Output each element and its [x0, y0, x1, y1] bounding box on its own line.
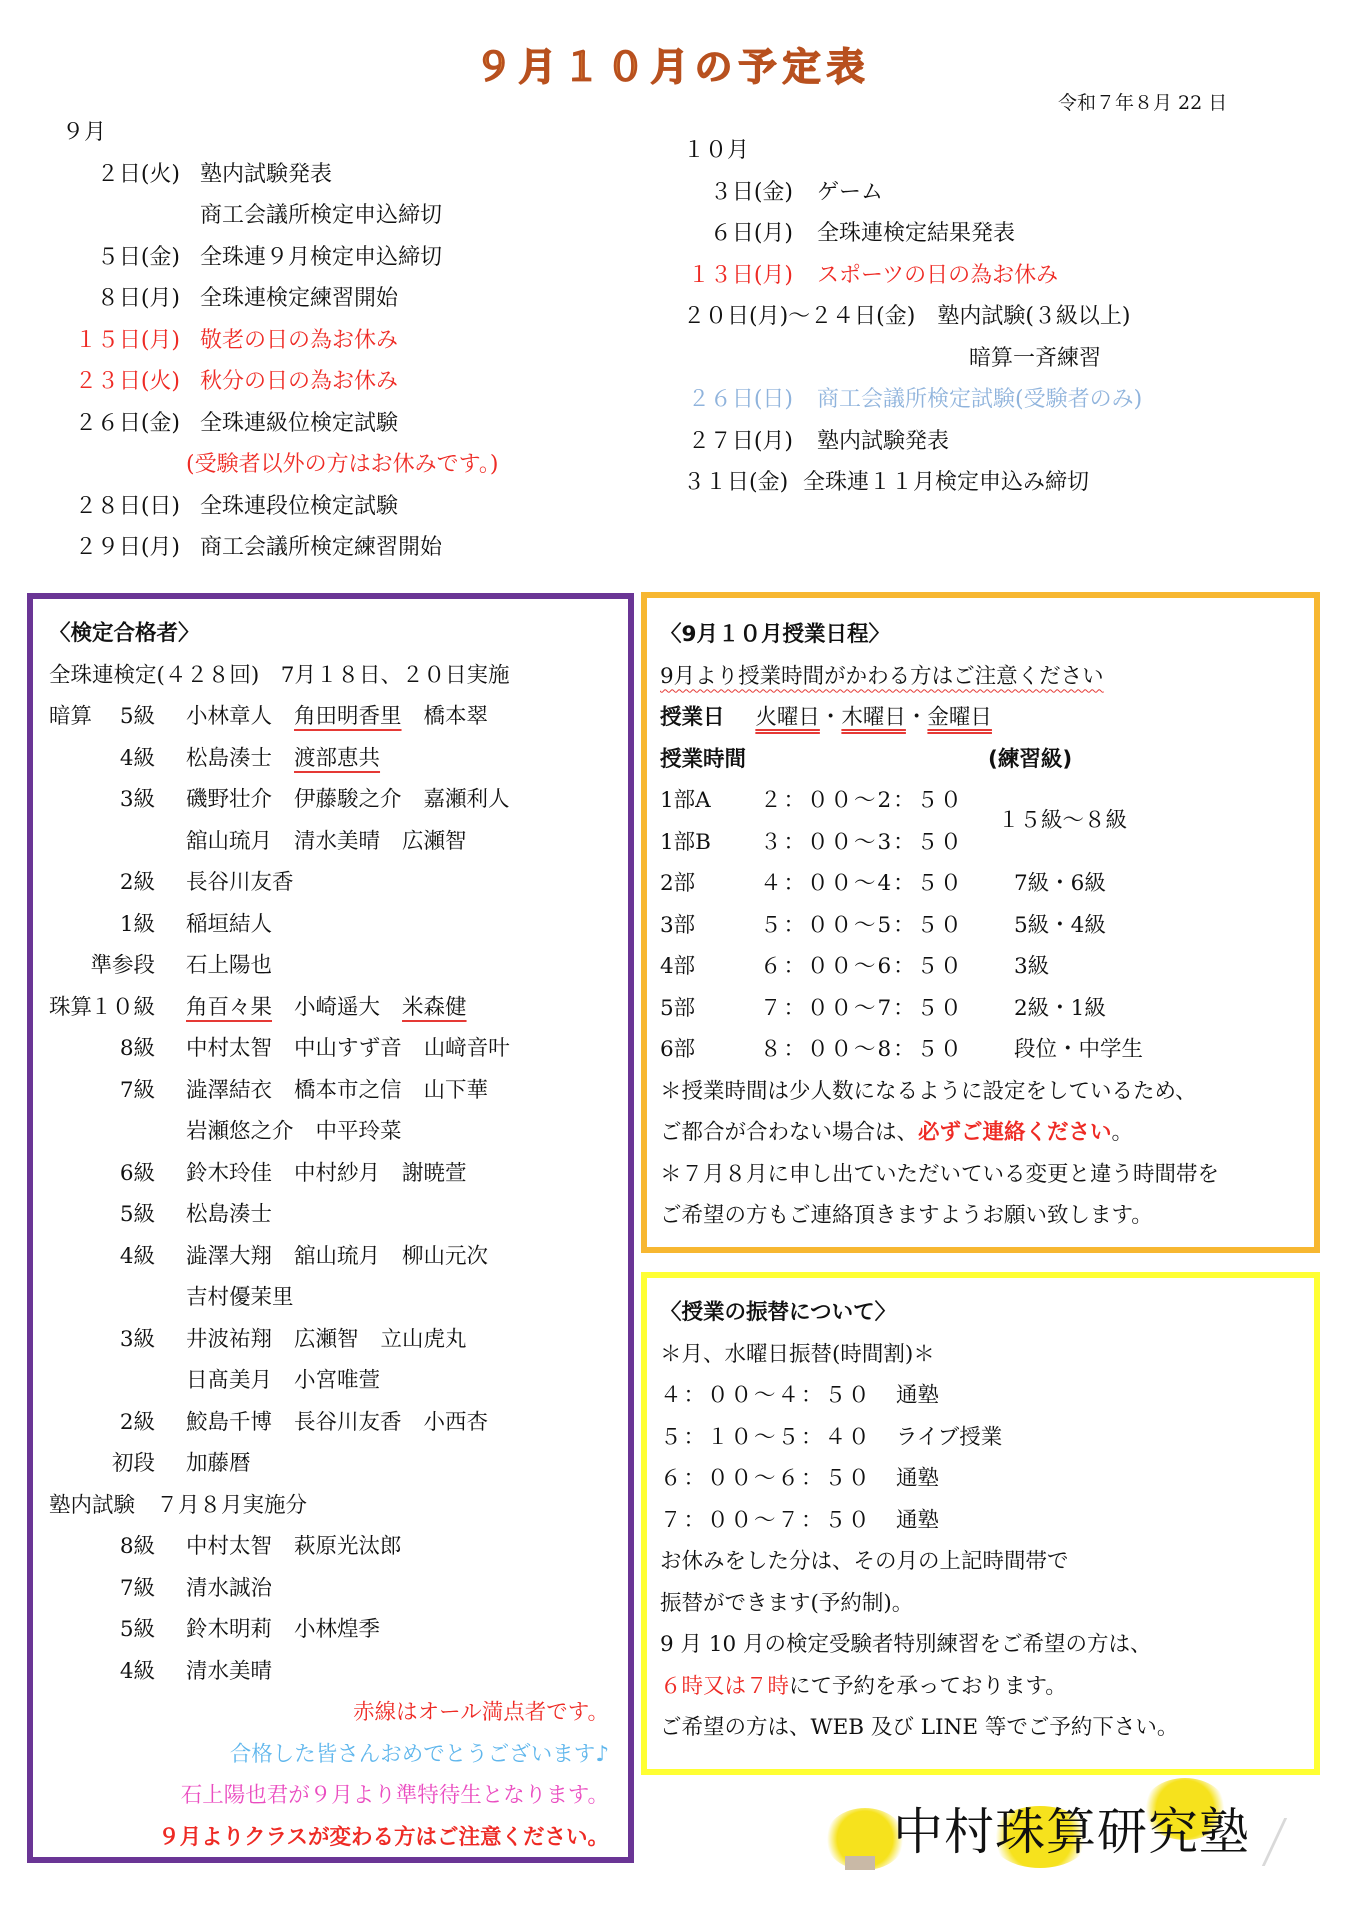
event-text: 全珠連１１月検定申込み締切 [803, 470, 1089, 495]
event-row: ２８日(日)全珠連段位検定試験 [62, 486, 498, 528]
event-text: 塾内試験発表 [817, 429, 949, 454]
student-name: 石上陽也 [186, 945, 272, 987]
note-2-suffix: 。 [1112, 1120, 1134, 1145]
name-list: 加藤暦 [186, 1443, 273, 1485]
grade-row: 暗算5級小林章人角田明香里橋本翠 [49, 696, 609, 738]
grade-label: 5級 [49, 1609, 155, 1651]
passers-box: 〈検定合格者〉 全珠連検定(４２８回) 7月１８日、２０日実施 暗算5級小林章人… [27, 593, 634, 1863]
student-name: 松島湊士 [186, 1194, 272, 1236]
event-text: (受験者以外の方はお休みです。) [186, 452, 498, 477]
grade-row: 4級松島湊士渡部恵共 [49, 738, 609, 780]
grade-row: 7級澁澤結衣橋本市之信山下華 [49, 1070, 609, 1112]
makeup-text-2: 振替ができます(予約制)。 [660, 1583, 1178, 1625]
student-name: 角百々果 [186, 987, 272, 1029]
makeup-text-3: 9 月 10 月の検定受験者特別練習をご希望の方は、 [660, 1624, 1178, 1666]
grade-row: 5級鈴木明莉小林煌季 [49, 1609, 609, 1651]
session-row: 4部６：００～6：５０3級 [660, 946, 1219, 988]
grade-row: 8級中村太智萩原光汰郎 [49, 1526, 609, 1568]
student-name: 中平玲菜 [316, 1111, 402, 1153]
class-days-row: 授業日 火曜日・木曜日・金曜日 [660, 697, 1219, 739]
grade-label: 初段 [49, 1443, 155, 1485]
student-name: 日髙美月 [186, 1360, 272, 1402]
session-part: 6部 [660, 1029, 760, 1071]
note-2-emphasis: 必ずご連絡ください [918, 1120, 1112, 1145]
makeup-text-4: ６時又は７時にて予約を承っております。 [660, 1666, 1178, 1708]
student-name: 角田明香里 [294, 696, 402, 738]
event-text: 全珠連段位検定試験 [200, 494, 398, 519]
event-text: 全珠連検定練習開始 [200, 286, 398, 311]
student-name: 伊藤駿之介 [294, 779, 402, 821]
event-date: ２８日(日) [62, 486, 200, 528]
name-list: 清水美晴 [186, 1651, 294, 1693]
class-time-label: 授業時間 [660, 747, 746, 772]
session-row: 6部８：００～8：５０段位・中学生 [660, 1029, 1219, 1071]
passers-heading: 〈検定合格者〉 [49, 613, 609, 655]
session-level: 2級・1級 [1014, 988, 1106, 1030]
student-name: 山下華 [424, 1070, 489, 1112]
event-date: ２９日(月) [62, 527, 200, 569]
grade-row: 1級稲垣結人 [49, 904, 609, 946]
session-row: 2部４：００～4：５０7級・6級 [660, 863, 1219, 905]
event-text: 敬老の日の為お休み [200, 328, 398, 353]
grade-row: 5級松島湊士 [49, 1194, 609, 1236]
slot-time: ７：００～７：５０ [660, 1500, 896, 1542]
session-row: 5部７：００～7：５０2級・1級 [660, 988, 1219, 1030]
october-heading: １０月 [683, 130, 1142, 172]
name-list: 澁澤結衣橋本市之信山下華 [186, 1070, 510, 1112]
name-list: 小林章人角田明香里橋本翠 [186, 696, 510, 738]
student-name: 舘山琉月 [294, 1236, 380, 1278]
student-name: 磯野壮介 [186, 779, 272, 821]
september-heading: ９月 [62, 112, 498, 154]
session-level: 段位・中学生 [1014, 1029, 1143, 1071]
name-list: 角百々果小崎遥大米森健 [186, 987, 489, 1029]
september-event-list: ２日(火)塾内試験発表商工会議所検定申込締切５日(金)全珠連９月検定申込締切８日… [62, 154, 498, 569]
grade-label: 5級 [49, 1194, 155, 1236]
student-name: 小林煌季 [294, 1609, 380, 1651]
student-name: 舘山琉月 [186, 821, 272, 863]
event-row: ２日(火)塾内試験発表 [62, 154, 498, 196]
session-level: 7級・6級 [1014, 863, 1106, 905]
class-schedule-box: 〈9月１０月授業日程〉 9月より授業時間がかわる方はご注意ください 授業日 火曜… [641, 592, 1320, 1253]
event-date: ２日(火) [62, 154, 200, 196]
session-part: 5部 [660, 988, 760, 1030]
slot-type: 通塾 [896, 1508, 939, 1533]
student-name: 中山すず音 [294, 1028, 402, 1070]
event-text: 商工会議所検定試験(受験者のみ) [817, 387, 1142, 412]
grade-label: 8級 [49, 1028, 155, 1070]
session-part: 1部A [660, 780, 760, 822]
student-name: 小崎遥大 [294, 987, 380, 1029]
practice-level-label: (練習級) [988, 739, 1072, 781]
event-row: 商工会議所検定申込締切 [62, 195, 498, 237]
grade-label: 5級 [49, 696, 155, 738]
student-name: 小宮唯萱 [294, 1360, 380, 1402]
event-text: 塾内試験発表 [200, 162, 332, 187]
name-list: 井波祐翔広瀬智立山虎丸 [186, 1319, 489, 1361]
makeup-box: 〈授業の振替について〉 ＊月、水曜日振替(時間割)＊ ４：００～４：５０通塾５：… [641, 1272, 1320, 1775]
event-row: ６日(月)全珠連検定結果発表 [683, 213, 1142, 255]
session-part: 1部B [660, 822, 760, 864]
makeup-content: 〈授業の振替について〉 ＊月、水曜日振替(時間割)＊ ４：００～４：５０通塾５：… [660, 1292, 1178, 1749]
student-name: 澁澤結衣 [186, 1070, 272, 1112]
event-row: ８日(月)全珠連検定練習開始 [62, 278, 498, 320]
makeup-text-1: お休みをした分は、その月の上記時間帯で [660, 1541, 1178, 1583]
session-time: ６：００～6：５０ [760, 946, 1000, 988]
school-logo: 中村珠算研究塾 [805, 1778, 1325, 1888]
event-row: 暗算一斉練習 [683, 338, 1142, 380]
event-date: ２０日(月)～２４日(金) [683, 296, 915, 338]
event-text: 秋分の日の為お休み [200, 369, 398, 394]
student-name: 謝暁萱 [402, 1153, 467, 1195]
name-list: 石上陽也 [186, 945, 294, 987]
event-date: ２６日(日) [683, 379, 817, 421]
session-level: 5級・4級 [1014, 905, 1106, 947]
makeup-slot: ７：００～７：５０通塾 [660, 1500, 1178, 1542]
session-row: 1部A２：００～2：５０ [660, 780, 1219, 822]
grade-label: 準参段 [49, 945, 155, 987]
grade-label: 4級 [49, 1236, 155, 1278]
student-name: 広瀬智 [402, 821, 467, 863]
student-name: 渡部恵共 [294, 738, 380, 780]
note-3: ＊７月８月に申し出ていただいている変更と違う時間帯を [660, 1154, 1219, 1196]
grass-icon [1262, 1818, 1317, 1866]
grade-row: 3級井波祐翔広瀬智立山虎丸 [49, 1319, 609, 1361]
passers-note-scholarship: 石上陽也君が９月より準特待生となります。 [49, 1775, 609, 1817]
event-row: ３１日(金)全珠連１１月検定申込み締切 [683, 462, 1142, 504]
name-list: 松島湊士 [186, 1194, 294, 1236]
separator: ・ [820, 705, 842, 730]
school-name: 中村珠算研究塾 [893, 1792, 1250, 1864]
event-date: １３日(月) [683, 255, 817, 297]
student-name: 橋本市之信 [294, 1070, 402, 1112]
session-time: ４：００～4：５０ [760, 863, 1000, 905]
separator: ・ [906, 705, 928, 730]
grade-row: 初段加藤暦 [49, 1443, 609, 1485]
session-time: ３：００～3：５０ [760, 822, 1000, 864]
event-date: ２３日(火) [62, 361, 200, 403]
october-event-list: ３日(金)ゲーム６日(月)全珠連検定結果発表１３日(月)スポーツの日の為お休み２… [683, 172, 1142, 504]
note-4: ご希望の方もご連絡頂きますようお願い致します。 [660, 1195, 1219, 1237]
event-row: ２９日(月)商工会議所検定練習開始 [62, 527, 498, 569]
grade-row: 岩瀬悠之介中平玲菜 [49, 1111, 609, 1153]
grade-row: 4級澁澤大翔舘山琉月柳山元次 [49, 1236, 609, 1278]
grade-label: 7級 [49, 1568, 155, 1610]
session-part: 2部 [660, 863, 760, 905]
event-text: スポーツの日の為お休み [817, 263, 1058, 288]
session-time: ８：００～8：５０ [760, 1029, 1000, 1071]
event-date: ３１日(金) [683, 462, 803, 504]
grade-row: 珠算１０級角百々果小崎遥大米森健 [49, 987, 609, 1029]
grade-row: 8級中村太智中山すず音山﨑音叶 [49, 1028, 609, 1070]
name-list: 中村太智中山すず音山﨑音叶 [186, 1028, 532, 1070]
name-list: 澁澤大翔舘山琉月柳山元次 [186, 1236, 510, 1278]
name-list: 岩瀬悠之介中平玲菜 [186, 1111, 424, 1153]
makeup-text-5: ご希望の方は、WEB 及び LINE 等でご予約下さい。 [660, 1707, 1178, 1749]
grade-label: 2級 [49, 862, 155, 904]
grade-label: 3級 [49, 1319, 155, 1361]
grade-row: 4級清水美晴 [49, 1651, 609, 1693]
event-row: ２６日(金)全珠連級位検定試験 [62, 403, 498, 445]
session-row: 1部B３：００～3：５０ [660, 822, 1219, 864]
passers-list: 暗算5級小林章人角田明香里橋本翠4級松島湊士渡部恵共3級磯野壮介伊藤駿之介嘉瀬利… [49, 696, 609, 1858]
makeup-text-4-emphasis: ６時又は７時 [660, 1674, 789, 1699]
student-name: 吉村優茉里 [186, 1277, 294, 1319]
class-time-header: 授業時間 (練習級) [660, 739, 1219, 781]
makeup-slot: ４：００～４：５０通塾 [660, 1375, 1178, 1417]
makeup-slot: ６：００～６：５０通塾 [660, 1458, 1178, 1500]
grade-row: 2級長谷川友香 [49, 862, 609, 904]
session-row: 3部５：００～5：５０5級・4級 [660, 905, 1219, 947]
makeup-slot: ５：１０～５：４０ライブ授業 [660, 1417, 1178, 1459]
grade-row: 6級鈴木玲佳中村紗月謝暁萱 [49, 1153, 609, 1195]
event-text: ゲーム [817, 180, 883, 205]
event-row: ５日(金)全珠連９月検定申込締切 [62, 237, 498, 279]
event-text: 塾内試験(３級以上) [937, 304, 1130, 329]
student-name: 鮫島千博 [186, 1402, 272, 1444]
grade-label: １０級 [49, 987, 155, 1029]
event-date: ８日(月) [62, 278, 200, 320]
grade-label: 6級 [49, 1153, 155, 1195]
grade-label: 4級 [49, 1651, 155, 1693]
session-level-merged: １５級～８級 [998, 800, 1127, 842]
grade-label: 1級 [49, 904, 155, 946]
grade-row: 7級清水誠治 [49, 1568, 609, 1610]
event-row: ２３日(火)秋分の日の為お休み [62, 361, 498, 403]
grade-label: 2級 [49, 1402, 155, 1444]
name-list: 舘山琉月清水美晴広瀬智 [186, 821, 489, 863]
event-text: 全珠連級位検定試験 [200, 411, 398, 436]
student-name: 小林章人 [186, 696, 272, 738]
student-name: 井波祐翔 [186, 1319, 272, 1361]
student-name: 稲垣結人 [186, 904, 272, 946]
time-change-notice: 9月より授業時間がかわる方はご注意ください [660, 656, 1219, 698]
student-name: 小西杏 [424, 1402, 489, 1444]
student-name: 長谷川友香 [294, 1402, 402, 1444]
event-date: ５日(金) [62, 237, 200, 279]
house-icon [845, 1856, 875, 1870]
grade-label: 4級 [49, 738, 155, 780]
student-name: 山﨑音叶 [424, 1028, 510, 1070]
event-row: ２７日(月)塾内試験発表 [683, 421, 1142, 463]
grade-row: 準参段石上陽也 [49, 945, 609, 987]
name-list: 鈴木明莉小林煌季 [186, 1609, 402, 1651]
session-time: ７：００～7：５０ [760, 988, 1000, 1030]
day-friday: 金曜日 [927, 705, 992, 730]
student-name: 加藤暦 [186, 1443, 251, 1485]
student-name: 中村太智 [186, 1028, 272, 1070]
october-schedule: １０月 ３日(金)ゲーム６日(月)全珠連検定結果発表１３日(月)スポーツの日の為… [683, 130, 1142, 504]
issue-date: 令和７年８月 22 日 [1058, 88, 1227, 115]
event-date: ３日(金) [683, 172, 817, 214]
grade-row: 3級磯野壮介伊藤駿之介嘉瀬利人 [49, 779, 609, 821]
slot-type: 通塾 [896, 1466, 939, 1491]
passers-content: 〈検定合格者〉 全珠連検定(４２８回) 7月１８日、２０日実施 暗算5級小林章人… [49, 613, 609, 1858]
makeup-subheading: ＊月、水曜日振替(時間割)＊ [660, 1334, 1178, 1376]
session-part: 3部 [660, 905, 760, 947]
slot-time: ５：１０～５：４０ [660, 1417, 896, 1459]
passers-note-congrats: 合格した皆さんおめでとうございます♪ [49, 1734, 609, 1776]
event-row: ２６日(日)商工会議所検定試験(受験者のみ) [683, 379, 1142, 421]
note-2: ご都合が合わない場合は、必ずご連絡ください。 [660, 1112, 1219, 1154]
event-date: ６日(月) [683, 213, 817, 255]
day-tuesday: 火曜日 [755, 705, 820, 730]
juku-exam-heading: 塾内試験 ７月８月実施分 [49, 1485, 609, 1527]
event-row: ２０日(月)～２４日(金)塾内試験(３級以上) [683, 296, 1142, 338]
student-name: 米森健 [402, 987, 467, 1029]
student-name: 長谷川友香 [186, 862, 294, 904]
name-list: 長谷川友香 [186, 862, 316, 904]
grade-label: 3級 [49, 779, 155, 821]
event-text: 全珠連検定結果発表 [817, 221, 1015, 246]
event-row: ３日(金)ゲーム [683, 172, 1142, 214]
grade-row: 舘山琉月清水美晴広瀬智 [49, 821, 609, 863]
student-name: 嘉瀬利人 [424, 779, 510, 821]
name-list: 松島湊士渡部恵共 [186, 738, 402, 780]
student-name: 清水誠治 [186, 1568, 272, 1610]
student-name: 広瀬智 [294, 1319, 359, 1361]
slot-type: 通塾 [896, 1383, 939, 1408]
slot-time: ６：００～６：５０ [660, 1458, 896, 1500]
name-list: 清水誠治 [186, 1568, 294, 1610]
event-date: ２７日(月) [683, 421, 817, 463]
passers-note-red-line: 赤線はオール満点者です。 [49, 1692, 609, 1734]
grade-row: 2級鮫島千博長谷川友香小西杏 [49, 1402, 609, 1444]
student-name: 清水美晴 [186, 1651, 272, 1693]
name-list: 吉村優茉里 [186, 1277, 316, 1319]
student-name: 澁澤大翔 [186, 1236, 272, 1278]
session-time: ２：００～2：５０ [760, 780, 1000, 822]
grade-label: 7級 [49, 1070, 155, 1112]
event-text: 商工会議所検定練習開始 [200, 535, 442, 560]
event-row: (受験者以外の方はお休みです。) [62, 444, 498, 486]
slot-type: ライブ授業 [896, 1425, 1002, 1450]
note-2-prefix: ご都合が合わない場合は、 [660, 1120, 918, 1145]
session-time: ５：００～5：５０ [760, 905, 1000, 947]
class-schedule-heading: 〈9月１０月授業日程〉 [660, 614, 1219, 656]
makeup-slot-list: ４：００～４：５０通塾５：１０～５：４０ライブ授業６：００～６：５０通塾７：００… [660, 1375, 1178, 1541]
session-part: 4部 [660, 946, 760, 988]
student-name: 萩原光汰郎 [294, 1526, 402, 1568]
grade-row: 日髙美月小宮唯萱 [49, 1360, 609, 1402]
student-name: 清水美晴 [294, 821, 380, 863]
day-thursday: 木曜日 [841, 705, 906, 730]
student-name: 柳山元次 [402, 1236, 488, 1278]
event-text: 全珠連９月検定申込締切 [200, 245, 442, 270]
name-list: 中村太智萩原光汰郎 [186, 1526, 424, 1568]
session-level: 3級 [1014, 946, 1049, 988]
september-schedule: ９月 ２日(火)塾内試験発表商工会議所検定申込締切５日(金)全珠連９月検定申込締… [62, 112, 498, 569]
event-row: １３日(月)スポーツの日の為お休み [683, 255, 1142, 297]
student-name: 中村紗月 [294, 1153, 380, 1195]
event-text: 暗算一斉練習 [969, 346, 1101, 371]
slot-time: ４：００～４：５０ [660, 1375, 896, 1417]
session-table: 1部A２：００～2：５０1部B３：００～3：５０2部４：００～4：５０7級・6級… [660, 780, 1219, 1071]
event-text: 商工会議所検定申込締切 [200, 203, 442, 228]
exam-line: 全珠連検定(４２８回) 7月１８日、２０日実施 [49, 655, 609, 697]
student-name: 松島湊士 [186, 738, 272, 780]
event-date: ２６日(金) [62, 403, 200, 445]
grade-row: 吉村優茉里 [49, 1277, 609, 1319]
page-title: ９月１０月の予定表 [0, 36, 1345, 91]
student-name: 岩瀬悠之介 [186, 1111, 294, 1153]
event-date: １５日(月) [62, 320, 200, 362]
grade-label: 8級 [49, 1526, 155, 1568]
makeup-text-4-suffix: にて予約を承っております。 [789, 1674, 1067, 1699]
name-list: 稲垣結人 [186, 904, 294, 946]
name-list: 鈴木玲佳中村紗月謝暁萱 [186, 1153, 489, 1195]
student-name: 橋本翠 [424, 696, 489, 738]
passers-note-class-change: ９月よりクラスが変わる方はご注意ください。 [49, 1817, 609, 1859]
event-row: １５日(月)敬老の日の為お休み [62, 320, 498, 362]
name-list: 日髙美月小宮唯萱 [186, 1360, 402, 1402]
class-schedule-content: 〈9月１０月授業日程〉 9月より授業時間がかわる方はご注意ください 授業日 火曜… [660, 614, 1219, 1237]
name-list: 磯野壮介伊藤駿之介嘉瀬利人 [186, 779, 532, 821]
student-name: 中村太智 [186, 1526, 272, 1568]
student-name: 鈴木明莉 [186, 1609, 272, 1651]
class-days-label: 授業日 [660, 705, 725, 730]
student-name: 立山虎丸 [381, 1319, 467, 1361]
note-1: ＊授業時間は少人数になるように設定をしているため、 [660, 1071, 1219, 1113]
name-list: 鮫島千博長谷川友香小西杏 [186, 1402, 510, 1444]
makeup-heading: 〈授業の振替について〉 [660, 1292, 1178, 1334]
student-name: 鈴木玲佳 [186, 1153, 272, 1195]
